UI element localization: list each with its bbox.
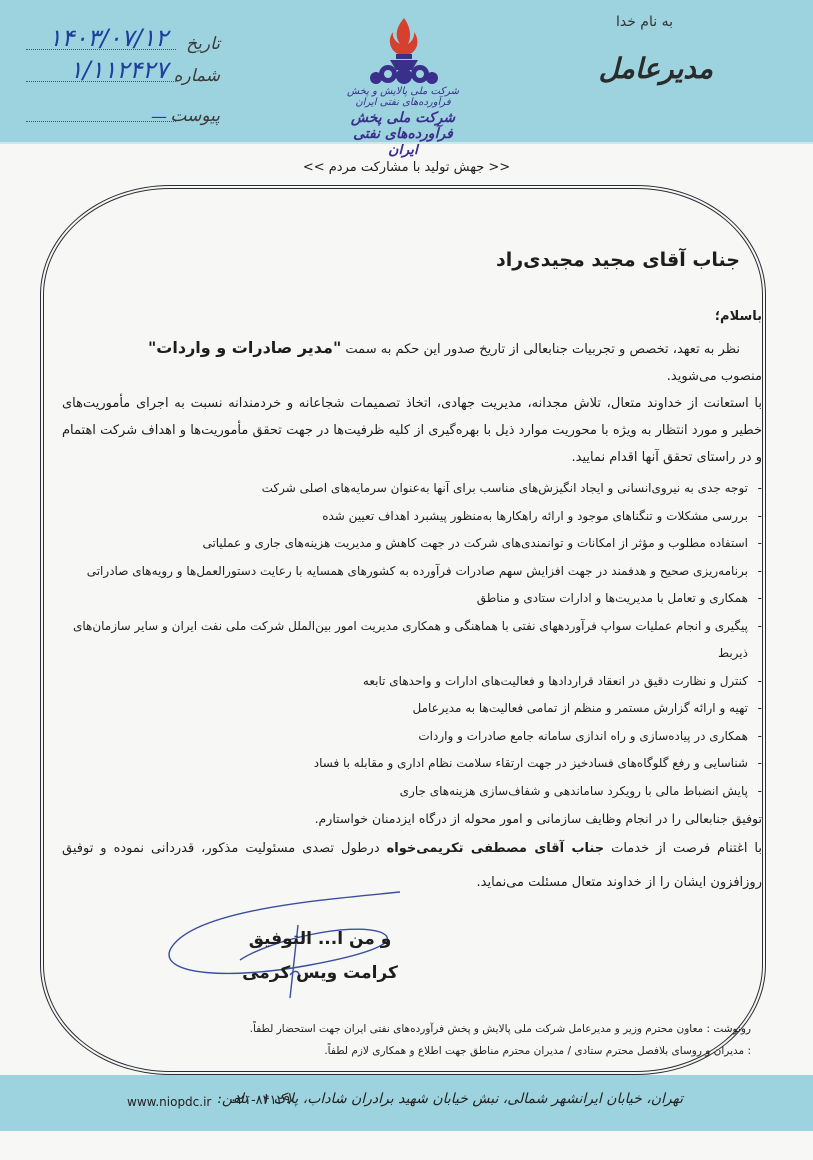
attachment-value: —: [151, 107, 168, 126]
logo-subtitle: شرکت ملی پالایش و پخش فرآورده‌های نفتی ا…: [338, 86, 468, 108]
list-item: همکاری در پیاده‌سازی و راه اندازی سامانه…: [62, 723, 762, 751]
attachment-row: پیوست —: [20, 98, 220, 128]
list-item: همکاری و تعامل با مدیریت‌ها و ادارات ستا…: [62, 585, 762, 613]
list-item: کنترل و نظارت دقیق در انعقاد قراردادها و…: [62, 668, 762, 696]
letterhead-header: تاریخ ۱۴۰۳/۰۷/۱۲ شماره ۱/۱۱۲۴۲۷ پیوست —: [0, 0, 813, 143]
company-logo: شرکت ملی پالایش و پخش فرآورده‌های نفتی ا…: [338, 14, 468, 134]
flame-emblem-icon: [338, 14, 468, 86]
greeting: باسلام؛: [62, 303, 762, 330]
list-item: توجه جدی به نیروی‌انسانی و ایجاد انگیزش‌…: [62, 475, 762, 503]
bismillah: به نام خدا: [616, 14, 673, 30]
closing-line: توفیق جنابعالی را در انجام وظایف سازمانی…: [62, 805, 762, 832]
appointment-end: منصوب می‌شوید.: [62, 363, 762, 390]
list-item: استفاده مطلوب و مؤثر از امکانات و توانمن…: [62, 530, 762, 558]
signature-block: و من ا... التوفیق کرامت ویس کرمی: [230, 922, 410, 990]
date-value: ۱۴۰۳/۰۷/۱۲: [49, 24, 168, 52]
recipient-name: جناب آقای مجید مجیدی‌راد: [62, 245, 740, 275]
signatory-name: کرامت ویس کرمی: [230, 956, 410, 990]
cc-line: : مدیران و روسای بلافصل محترم ستادی / مد…: [131, 1040, 751, 1062]
predecessor-name: جناب آقای مصطفی تکریمی‌خواه: [387, 841, 605, 856]
mission-paragraph: با استعانت از خداوند متعال، تلاش مجدانه،…: [62, 390, 762, 471]
list-item: شناسایی و رفع گلوگاه‌های فسادخیز در جهت …: [62, 750, 762, 778]
list-item: تهیه و ارائه گزارش مستمر و منظم از تمامی…: [62, 695, 762, 723]
date-row: تاریخ ۱۴۰۳/۰۷/۱۲: [20, 26, 220, 56]
address-text: تهران، خیابان ایرانشهر شمالی، نبش خیابان…: [262, 1091, 683, 1107]
list-item: بررسی مشکلات و تنگناهای موجود و ارائه را…: [62, 503, 762, 531]
closing-phrase: و من ا... التوفیق: [230, 922, 410, 956]
letterhead-footer: تهران، خیابان ایرانشهر شمالی، نبش خیابان…: [0, 1075, 813, 1131]
list-item: پایش انضباط مالی با رویکرد ساماندهی و شف…: [62, 778, 762, 806]
duties-list: توجه جدی به نیروی‌انسانی و ایجاد انگیزش‌…: [62, 475, 762, 805]
date-label: تاریخ: [186, 34, 220, 54]
number-row: شماره ۱/۱۱۲۴۲۷: [20, 58, 220, 88]
list-item: برنامه‌ریزی صحیح و هدفمند در جهت افزایش …: [62, 558, 762, 586]
carbon-copy: رونوشت : معاون محترم وزیر و مدیرعامل شرک…: [131, 1018, 751, 1062]
number-value: ۱/۱۱۲۴۲۷: [70, 56, 168, 84]
divider: [0, 142, 813, 144]
cc-line: رونوشت : معاون محترم وزیر و مدیرعامل شرک…: [131, 1018, 751, 1040]
attachment-label: پیوست: [170, 106, 220, 126]
ceo-title: مدیرعامل: [599, 52, 713, 85]
phone-number: ۰۲۱-۸۴۱۲۹: [230, 1093, 291, 1108]
logo-company-name: شرکت ملی پخش فرآورده‌های نفتی ایران: [338, 110, 468, 158]
appointment-text: نظر به تعهد، تخصص و تجربیات جنابعالی از …: [345, 342, 740, 357]
number-label: شماره: [174, 66, 220, 86]
letter-body: جناب آقای مجید مجیدی‌راد باسلام؛ نظر به …: [62, 245, 762, 900]
list-item: پیگیری و انجام عملیات سواپ فرآوردههای نف…: [62, 613, 762, 668]
thanks-prefix: با اغتنام فرصت از خدمات: [611, 841, 762, 856]
appointment-paragraph: نظر به تعهد، تخصص و تجربیات جنابعالی از …: [62, 334, 762, 363]
website-link[interactable]: www.niopdc.ir: [127, 1095, 211, 1109]
slogan: << جهش تولید با مشارکت مردم >>: [0, 160, 813, 175]
position-title: "مدیر صادرات و واردات": [148, 338, 341, 357]
letter-meta: تاریخ ۱۴۰۳/۰۷/۱۲ شماره ۱/۱۱۲۴۲۷ پیوست —: [20, 10, 220, 130]
